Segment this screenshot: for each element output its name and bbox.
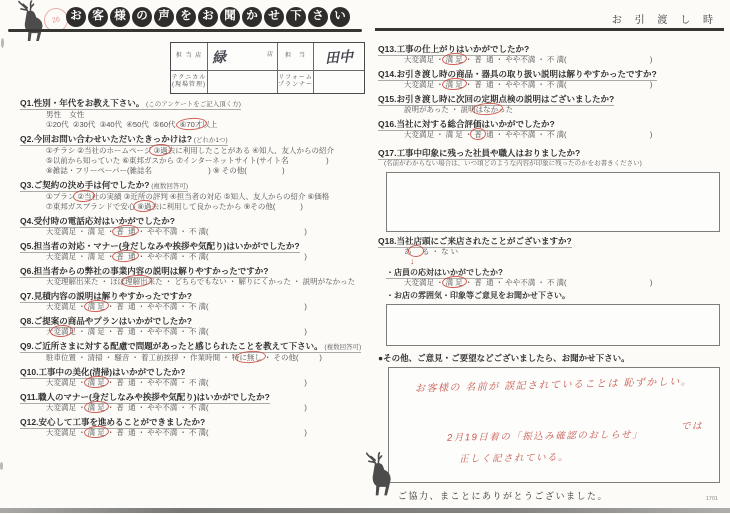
title-badge-char: か [242,7,262,27]
red-circle-annotation: 満 足 [88,403,105,412]
sub-question: ・店員の応対はいかがでしたか? [378,267,722,278]
question-title: Q8.ご提案の商品やプランはいかがでしたか? [20,316,365,327]
question-q12: Q12.安心して工事を進めることができましたか?大変満足 ・ 満 足 ・ 普 通… [20,417,365,438]
planner-value-cell [314,71,364,93]
handwritten-comment-line2: 2月19日着の「振込み確認のおしらせ」 [447,426,643,443]
option-line: 大変満足 ・ 満 足 ・ 普 通 ・ やや不満 ・ 不 満( ) [20,428,365,438]
question-title: Q11.職人のマナー(身だしなみや挨拶や気配り)はいかがでしたか? [20,392,365,403]
store-suffix: 店 [267,49,273,58]
page-title: お客様の声をお聞かせ下さい [66,7,350,27]
title-badge-char: 下 [286,7,306,27]
handwritten-comment-line2-suffix: では [681,418,703,432]
footer: ご協力、まことにありがとうございました。 1701 [378,489,722,502]
scan-edge [0,508,730,513]
red-circle-annotation: はなか [476,105,499,114]
option-line: 大変満足 ・ 満 足 ・ 普 通 ・ やや不満 ・ 不 満( ) [378,55,722,65]
option-line: ①プラン ②当社の実績 ③近所の評判 ④担当者の対応 ⑤知人、友人からの紹介 ⑥… [20,192,365,202]
question-title: Q18.当社店頭にご来店されたことがございますか? [378,236,722,247]
red-circle-annotation: 変満 [54,327,69,336]
person-value-handwritten: 田中 [324,46,353,68]
question-title: Q14.お引き渡し時の商品・器具の取り扱い説明は解りやすかったですか? [378,69,722,80]
footer-code: 1701 [706,496,718,502]
question-q13: Q13.工事の仕上がりはいかがでしたか?大変満足 ・ 満 足 ・ 普 通 ・ や… [378,44,722,65]
sub-question: ・お店の雰囲気・印象等ご意見をお聞かせ下さい。 [378,290,722,301]
question-q14: Q14.お引き渡し時の商品・器具の取り扱い説明は解りやすかったですか?大変満足 … [378,69,722,90]
question-q3: Q3.ご契約の決め手は何でしたか? (複数回答可)①プラン ②当社の実績 ③近所… [20,180,365,212]
red-circle-annotation: 満 足 [88,428,105,437]
option-line: (名前がわからない場合は、いつ頃どのような内容が印象に残ったのかをお書きください… [378,159,722,169]
option-line: 大変満足 ・ 満 足 ・ 普 通 ・ やや不満 ・ 不 満( ) [378,130,722,140]
planner-label: リフォームプランナー [278,71,314,93]
title-badge-char: せ [264,7,284,27]
option-line: ⑦東邦ガスブランドで安心 ⑧過去に利用して良かったから ⑨その他( ) [20,202,365,212]
red-circle-annotation: ③過 [153,146,167,155]
scanned-survey-page: 26 お客様の声をお聞かせ下さい お 引 渡 し 時 担 当 店 緑 店 担 当… [0,0,730,514]
title-badge-char: 聞 [220,7,240,27]
red-circle-annotation: 普 [474,130,482,139]
option-line: 大変満足 ・ 満 足 ・ 普 通 ・ やや不満 ・ 不 満( ) [20,252,365,262]
store-value-cell: 緑 店 [208,43,278,71]
question-q5: Q5.担当者の対応・マナー(身だしなみや挨拶や気配り)はいかがでしたか?大変満足… [20,241,365,262]
title-badge-char: を [176,7,196,27]
questions-column-left: Q1.性別・年代をお教え下さい。 (このアンケートをご記入頂く方)男性 女性①2… [20,98,365,442]
option-line: 大変満足 ・ 満 足 ・ 普 通 ・ やや不満 ・ 不 満( ) [20,403,365,413]
option-line: 大変満足 ・ 満 足 ・ 普 通 ・ やや不満 ・ 不 満( ) [20,302,365,312]
option-line: 大変満足 ・ 満 足 ・ 普 通 ・ やや不満 ・ 不 満( ) [20,327,365,337]
question-q8: Q8.ご提案の商品やプランはいかがでしたか?大変満足 ・ 満 足 ・ 普 通 ・… [20,316,365,337]
deer-stamp-icon [364,450,396,501]
question-q7: Q7.見積内容の説明は解りやすかったですか?大変満足 ・ 満 足 ・ 普 通 ・… [20,291,365,312]
option-line: 説明があった ・ 説明はなかった [378,105,722,115]
option-line: 大変満足 ・ 満 足 ・ 普 通 ・ やや不満 ・ 不 満( ) [378,80,722,90]
option-line: 駐車位置 ・ 清掃 ・ 騒音 ・ 着工前挨拶 ・ 作業時間 ・ 特に無し ・ そ… [20,353,365,363]
header-rule-left [8,29,362,32]
red-circle-annotation: ⑧過 [137,202,151,211]
title-badge-char: 様 [110,7,130,27]
question-title: Q4.受付時の電話応対はいかがでしたか? [20,216,365,227]
free-comment-box: お客様の 名前が 誤記されていることは 恥ずかしい。 2月19日着の「振込み確認… [388,367,720,483]
answer-box [386,304,720,346]
red-circle-annotation: 満 足 [446,278,463,287]
red-circle-annotation [412,247,420,256]
stamp-number: 26 [51,16,60,24]
question-q10: Q10.工事中の美化(清掃)はいかがでしたか?大変満足 ・ 満 足 ・ 普 通 … [20,367,365,388]
option-line: 大変満足 ・ 満 足 ・ 普 通 ・ やや不満 ・ 不 満( ) [20,378,365,388]
red-circle-annotation: 満 足 [88,378,105,387]
questions-column-right: Q13.工事の仕上がりはいかがでしたか?大変満足 ・ 満 足 ・ 普 通 ・ や… [378,44,722,502]
person-value-cell: 田中 [314,43,364,71]
question-title: Q16.当社に対する総合評価はいかがでしたか? [378,119,722,130]
scan-artifact [0,462,3,470]
footer-thanks: ご協力、まことにありがとうございました。 [398,489,608,502]
option-line: ①20代 ②30代 ③40代 ④50代 ⑤60代 ⑥70才以上 [20,120,365,130]
question-q6: Q6.担当者からの弊社の事業内容の説明は解りやすかったですか?大変理解出来た ・… [20,266,365,287]
technical-value-cell [208,71,278,93]
question-q18: Q18.当社店頭にご来店されたことがございますか?あ る ・ な い↓・店員の応… [378,236,722,346]
header-right-label: お 引 渡 し 時 [612,11,718,26]
handwritten-comment-line1: お客様の 名前が 誤記されていることは 恥ずかしい。 [415,372,693,394]
title-badge-char: 声 [154,7,174,27]
option-line: あ る ・ な い [378,247,722,257]
question-q15: Q15.お引き渡し時に次回の定期点検の説明はございましたか?説明があった ・ 説… [378,94,722,115]
title-badge-char: さ [308,7,328,27]
red-circle-annotation: 普 通 [116,227,135,236]
question-title: Q2.今回お問い合わせいただいたきっかけは? (どれか1つ) [20,134,365,146]
option-line: ⑧雑誌・フリーペーパー(雑誌名 ) ⑨ その他( ) [20,166,365,176]
option-line: 大変満足 ・ 満 足 ・ 普 通 ・ やや不満 ・ 不 満( ) [378,278,722,288]
question-title: Q5.担当者の対応・マナー(身だしなみや挨拶や気配り)はいかがでしたか? [20,241,365,252]
red-circle-annotation: 満 足 [446,80,463,89]
option-line: 男性 女性 [20,110,365,120]
option-line: 大変理解出来た ・ ほぼ理解出来た ・ どちらでもない ・ 解りにくかった ・ … [20,277,365,287]
red-circle-annotation: 普 通 [116,252,135,261]
red-circle-annotation: に無し [239,353,262,362]
handwritten-comment-line3: 正しく記されている。 [459,449,569,465]
question-title: Q10.工事中の美化(清掃)はいかがでしたか? [20,367,365,378]
question-title: Q13.工事の仕上がりはいかがでしたか? [378,44,722,55]
title-badge-char: い [330,7,350,27]
question-title: Q17.工事中印象に残った社員や職人はおりましたか? [378,148,722,159]
option-line: 大変満足 ・ 満 足 ・ 普 通 ・ やや不満 ・ 不 満( ) [20,227,365,237]
red-circle-annotation: 満 足 [446,55,463,64]
staff-table: 担 当 店 緑 店 担 当 田中 テクニカル(現場管理) リフォームプランナー [170,42,365,94]
header-rule-right [375,28,724,31]
question-title: Q6.担当者からの弊社の事業内容の説明は解りやすかったですか? [20,266,365,277]
store-value-handwritten: 緑 [211,46,226,67]
title-badge-char: お [198,7,218,27]
technical-label: テクニカル(現場管理) [171,71,208,93]
question-q17: Q17.工事中印象に残った社員や職人はおりましたか?(名前がわからない場合は、い… [378,148,722,232]
option-line: ↓ [378,257,722,265]
title-badge-char: の [132,7,152,27]
question-q11: Q11.職人のマナー(身だしなみや挨拶や気配り)はいかがでしたか?大変満足 ・ … [20,392,365,413]
title-badge-char: 客 [88,7,108,27]
red-circle-annotation: 理解出 [125,277,148,286]
option-line: ①チラシ ②当社のホームページ ③過去に利用したことがある ④知人、友人からの紹… [20,146,365,156]
question-title: Q9.ご近所さまに対する配慮で問題があったと感じられたことを教えて下さい。 (複… [20,341,365,353]
title-badge-char: お [66,7,86,27]
red-circle-annotation: ⑥70才 [180,120,203,129]
red-circle-annotation: 満 足 [88,302,105,311]
question-q16: Q16.当社に対する総合評価はいかがでしたか?大変満足 ・ 満 足 ・ 普 通 … [378,119,722,140]
question-title: Q7.見積内容の説明は解りやすかったですか? [20,291,365,302]
red-arrow-annotation: ↓ [410,256,415,266]
question-q1: Q1.性別・年代をお教え下さい。 (このアンケートをご記入頂く方)男性 女性①2… [20,98,365,130]
free-comment-prompt: ●その他、ご意見・ご要望などございましたら、お聞かせ下さい。 [378,352,722,364]
person-label: 担 当 [278,43,314,71]
scan-artifact [1,38,4,48]
question-title: Q12.安心して工事を進めることができましたか? [20,417,365,428]
question-title: Q1.性別・年代をお教え下さい。 (このアンケートをご記入頂く方) [20,98,365,110]
store-label: 担 当 店 [171,43,208,71]
answer-box [386,172,720,232]
question-q9: Q9.ご近所さまに対する配慮で問題があったと感じられたことを教えて下さい。 (複… [20,341,365,363]
question-title: Q15.お引き渡し時に次回の定期点検の説明はございましたか? [378,94,722,105]
option-line: ⑤以前から知っていた ⑥東邦ガスから ⑦インターネットサイト(サイト名 ) [20,156,365,166]
question-q4: Q4.受付時の電話応対はいかがでしたか?大変満足 ・ 満 足 ・ 普 通 ・ や… [20,216,365,237]
red-circle-annotation: ②当 [77,192,91,201]
question-title: Q3.ご契約の決め手は何でしたか? (複数回答可) [20,180,365,192]
question-q2: Q2.今回お問い合わせいただいたきっかけは? (どれか1つ)①チラシ ②当社のホ… [20,134,365,176]
